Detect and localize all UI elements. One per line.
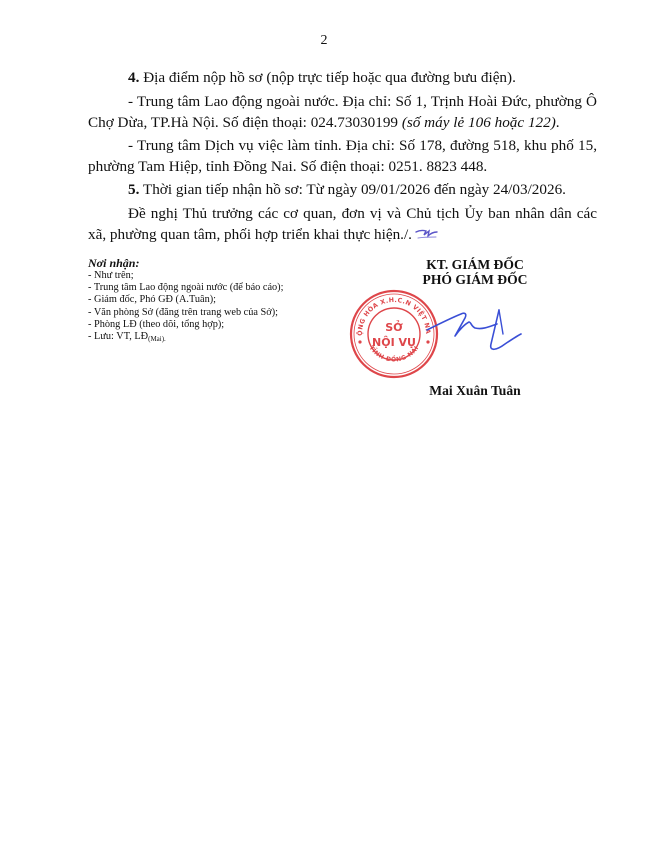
location-1-paragraph: - Trung tâm Lao động ngoài nước. Địa chỉ… [88, 91, 597, 133]
handwritten-signature-icon [425, 300, 525, 362]
recipient-item: - Như trên; [88, 270, 283, 282]
location-1-end: . [556, 114, 560, 131]
recipient-item-archive: - Lưu: VT, LĐ(Mai). [88, 331, 283, 345]
section-4-heading: 4. Địa điểm nộp hồ sơ (nộp trực tiếp hoặ… [88, 67, 597, 88]
recipients-list: - Như trên; - Trung tâm Lao động ngoài n… [88, 270, 283, 345]
archive-text: - Lưu: VT, LĐ [88, 331, 148, 342]
closing-paragraph: Đề nghị Thủ trưởng các cơ quan, đơn vị v… [88, 203, 597, 245]
stamp-center-line2: NỘI VỤ [372, 336, 416, 349]
signature-title-line2: PHÓ GIÁM ĐỐC [395, 272, 555, 287]
recipient-item: - Văn phòng Sở (đăng trên trang web của … [88, 307, 283, 319]
initials-mark-icon [414, 228, 438, 240]
page-number: 2 [0, 33, 648, 49]
signer-name: Mai Xuân Tuân [395, 383, 555, 398]
section-5-heading: 5. Thời gian tiếp nhận hồ sơ: Từ ngày 09… [88, 179, 597, 200]
section-5-text: Thời gian tiếp nhận hồ sơ: Từ ngày 09/01… [139, 181, 566, 198]
recipients-block: Nơi nhận: - Như trên; - Trung tâm Lao độ… [88, 257, 283, 345]
signature-title-block: KT. GIÁM ĐỐC PHÓ GIÁM ĐỐC [395, 257, 555, 287]
section-4-text: Địa điểm nộp hồ sơ (nộp trực tiếp hoặc q… [139, 69, 516, 86]
recipients-title: Nơi nhận: [88, 257, 283, 270]
recipient-item: - Trung tâm Lao động ngoài nước (để báo … [88, 282, 283, 294]
location-2-paragraph: - Trung tâm Dịch vụ việc làm tỉnh. Địa c… [88, 135, 597, 177]
archive-subscript: (Mai). [148, 335, 166, 343]
recipient-item: - Giám đốc, Phó GĐ (A.Tuân); [88, 294, 283, 306]
closing-text: Đề nghị Thủ trưởng các cơ quan, đơn vị v… [88, 205, 597, 243]
section-4-number: 4. [128, 69, 139, 86]
stamp-center-line1: SỞ [385, 320, 403, 334]
section-5-number: 5. [128, 181, 139, 198]
recipient-item: - Phòng LĐ (theo dõi, tổng hợp); [88, 319, 283, 331]
location-1-extension-note: (số máy lẻ 106 hoặc 122) [402, 114, 556, 131]
signature-title-line1: KT. GIÁM ĐỐC [395, 257, 555, 272]
